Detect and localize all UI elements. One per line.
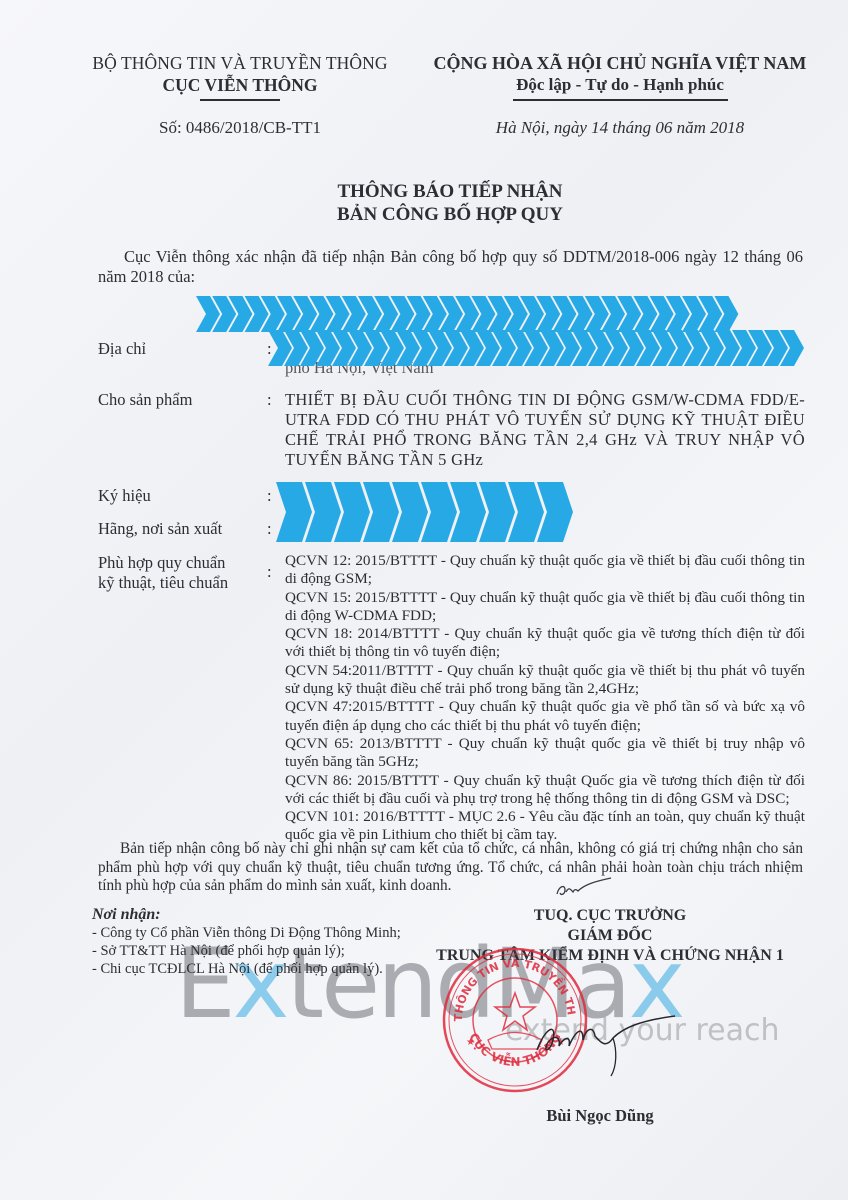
model-colon: :	[267, 486, 272, 506]
signature-title-2: GIÁM ĐỐC	[400, 926, 820, 946]
signature-title-1: TUQ. CỤC TRƯỞNG	[400, 906, 820, 926]
standards-colon: :	[267, 562, 272, 582]
intro-paragraph: Cục Viễn thông xác nhận đã tiếp nhận Bản…	[98, 247, 803, 287]
national-motto: Độc lập - Tự do - Hạnh phúc	[420, 74, 820, 96]
standards-label-line-2: kỹ thuật, tiêu chuẩn	[98, 573, 228, 593]
handwritten-signature	[525, 1010, 695, 1080]
standards-label: Phù hợp quy chuẩn kỹ thuật, tiêu chuẩn	[98, 553, 228, 593]
standard-item: QCVN 18: 2014/BTTTT - Quy chuẩn kỹ thuật…	[285, 625, 805, 662]
department-name: CỤC VIỄN THÔNG	[60, 74, 420, 96]
standard-item: QCVN 12: 2015/BTTTT - Quy chuẩn kỹ thuật…	[285, 552, 805, 589]
signer-name: Bùi Ngọc Dũng	[500, 1106, 700, 1126]
title-line-2: BẢN CÔNG BỐ HỢP QUY	[80, 203, 820, 226]
issuer-block: BỘ THÔNG TIN VÀ TRUYỀN THÔNG CỤC VIỄN TH…	[60, 52, 420, 138]
standard-item: QCVN 47:2015/BTTTT - Quy chuẩn kỹ thuật …	[285, 698, 805, 735]
standard-item: QCVN 15: 2015/BTTTT - Quy chuẩn kỹ thuật…	[285, 589, 805, 626]
product-label: Cho sản phẩm	[98, 390, 192, 410]
country-name: CỘNG HÒA XÃ HỘI CHỦ NGHĨA VIỆT NAM	[420, 52, 820, 74]
redaction-address	[268, 328, 818, 368]
place-date: Hà Nội, ngày 14 tháng 06 năm 2018	[420, 118, 820, 138]
standard-item: QCVN 54:2011/BTTTT - Quy chuẩn kỹ thuật …	[285, 662, 805, 699]
manufacturer-colon: :	[267, 519, 272, 539]
recipients-block: Nơi nhận: - Công ty Cổ phần Viễn thông D…	[92, 906, 412, 978]
document-title: THÔNG BÁO TIẾP NHẬN BẢN CÔNG BỐ HỢP QUY	[80, 180, 820, 226]
address-label: Địa chỉ	[98, 339, 146, 359]
recipients-title: Nơi nhận:	[92, 906, 412, 924]
product-value: THIẾT BỊ ĐẦU CUỐI THÔNG TIN DI ĐỘNG GSM/…	[285, 390, 805, 470]
title-line-1: THÔNG BÁO TIẾP NHẬN	[80, 180, 820, 203]
ministry-name: BỘ THÔNG TIN VÀ TRUYỀN THÔNG	[60, 52, 420, 74]
document-number: Số: 0486/2018/CB-TT1	[60, 118, 420, 138]
national-header: CỘNG HÒA XÃ HỘI CHỦ NGHĨA VIỆT NAM Độc l…	[420, 52, 820, 138]
closing-paragraph: Bản tiếp nhận công bố này chỉ ghi nhận s…	[98, 840, 803, 896]
product-colon: :	[267, 390, 272, 410]
recipient-item: - Chi cục TCĐLCL Hà Nội (để phối hợp quả…	[92, 960, 412, 978]
recipient-item: - Công ty Cổ phần Viễn thông Di Động Thô…	[92, 924, 412, 942]
redaction-model-manufacturer	[276, 480, 596, 544]
recipient-item: - Sở TT&TT Hà Nội (để phối hợp quản lý);	[92, 942, 412, 960]
initials-mark	[553, 876, 613, 900]
standards-list: QCVN 12: 2015/BTTTT - Quy chuẩn kỹ thuật…	[285, 552, 805, 845]
standards-label-line-1: Phù hợp quy chuẩn	[98, 553, 228, 573]
issuer-underline	[200, 99, 280, 101]
manufacturer-label: Hãng, nơi sản xuất	[98, 519, 222, 539]
document-page: BỘ THÔNG TIN VÀ TRUYỀN THÔNG CỤC VIỄN TH…	[0, 0, 848, 1200]
standard-item: QCVN 65: 2013/BTTTT - Quy chuẩn kỹ thuật…	[285, 735, 805, 772]
model-label: Ký hiệu	[98, 486, 151, 506]
standard-item: QCVN 86: 2015/BTTTT - Quy chuẩn kỹ thuật…	[285, 772, 805, 809]
motto-underline	[513, 99, 728, 101]
svg-text:★: ★	[466, 1037, 475, 1048]
